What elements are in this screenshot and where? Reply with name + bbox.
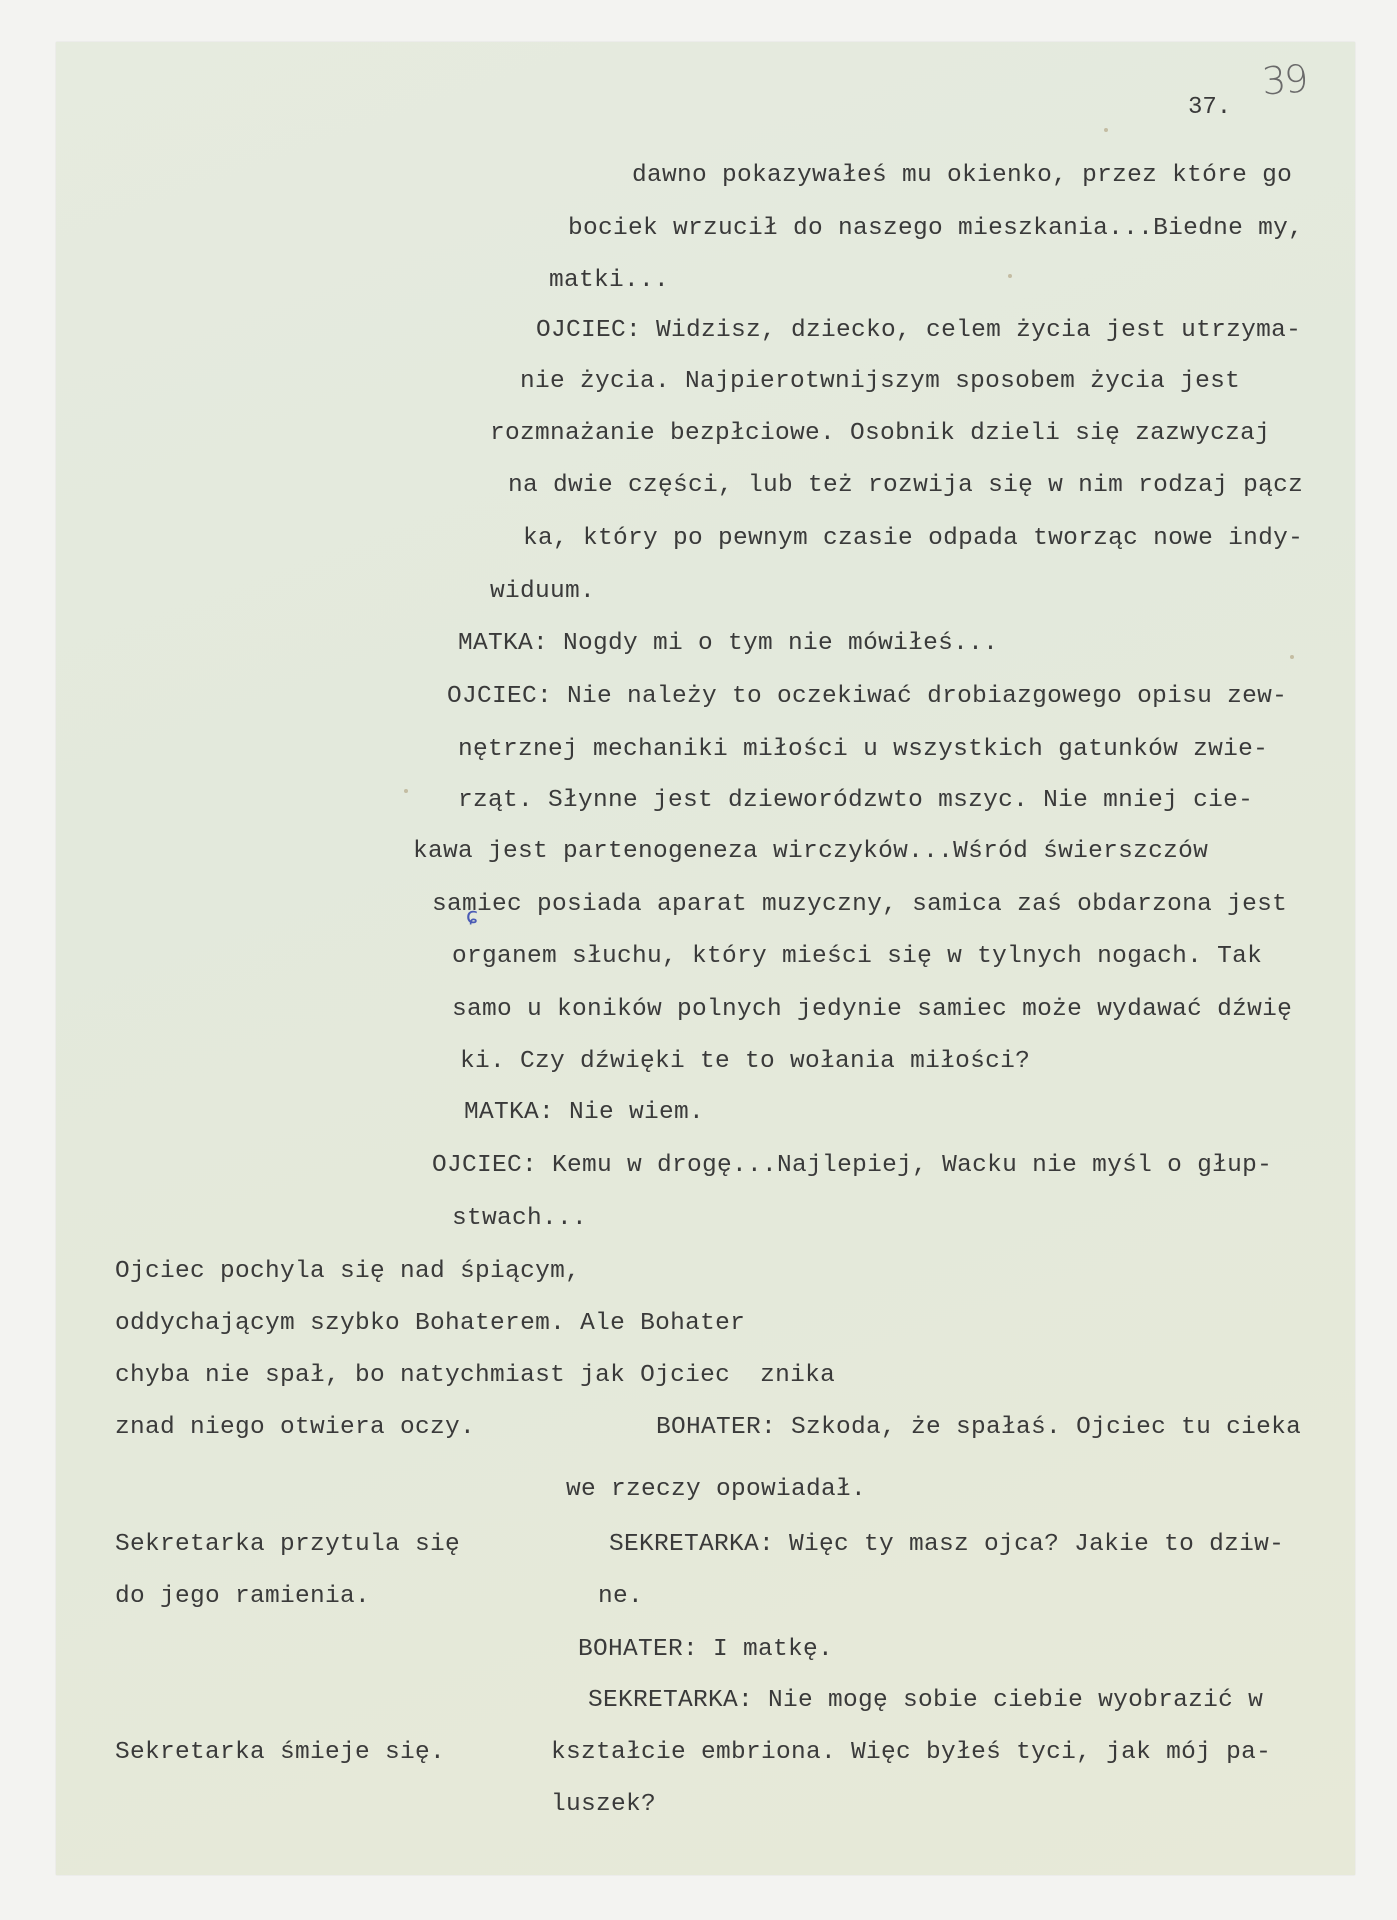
dialogue-line: dawno pokazywałeś mu okienko, przez któr… — [632, 161, 1292, 191]
dialogue-line: OJCIEC: Nie należy to oczekiwać drobiazg… — [447, 682, 1287, 712]
dialogue-line: organem słuchu, który mieści się w tylny… — [452, 942, 1262, 972]
dialogue-line: BOHATER: Szkoda, że spałaś. Ojciec tu ci… — [656, 1413, 1301, 1443]
dialogue-line: kształcie embriona. Więc byłeś tyci, jak… — [551, 1738, 1271, 1768]
dialogue-line: nętrznej mechaniki miłości u wszystkich … — [458, 735, 1268, 765]
dialogue-line: rozmnażanie bezpłciowe. Osobnik dzieli s… — [490, 419, 1270, 449]
dialogue-line: bociek wrzucił do naszego mieszkania...B… — [568, 214, 1303, 244]
stage-direction-line: znad niego otwiera oczy. — [115, 1413, 475, 1443]
stage-direction-line: chyba nie spał, bo natychmiast jak Ojcie… — [115, 1361, 835, 1391]
dialogue-line: ne. — [598, 1582, 643, 1612]
stage-direction-line: do jego ramienia. — [115, 1582, 370, 1612]
dialogue-line: OJCIEC: Widzisz, dziecko, celem życia je… — [536, 316, 1301, 346]
dialogue-line: samiec posiada aparat muzyczny, samica z… — [432, 890, 1287, 920]
paper-speck — [404, 789, 408, 793]
paper-speck — [1290, 655, 1294, 659]
dialogue-line: rząt. Słynne jest dzieworódzwto mszyc. N… — [458, 786, 1253, 816]
stage-direction-line: Sekretarka przytula się — [115, 1530, 460, 1560]
dialogue-line: MATKA: Nie wiem. — [464, 1098, 704, 1128]
dialogue-line: matki... — [549, 266, 669, 296]
dialogue-line: BOHATER: I matkę. — [578, 1635, 833, 1665]
paper-speck — [1008, 274, 1012, 278]
typed-page-number: 37. — [1188, 94, 1231, 121]
dialogue-line: nie życia. Najpierotwnijszym sposobem ży… — [520, 367, 1240, 397]
dialogue-line: OJCIEC: Kemu w drogę...Najlepiej, Wacku … — [432, 1151, 1272, 1181]
dialogue-line: we rzeczy opowiadał. — [566, 1475, 866, 1505]
dialogue-line: MATKA: Nogdy mi o tym nie mówiłeś... — [458, 629, 998, 659]
stage-direction-line: oddychającym szybko Bohaterem. Ale Bohat… — [115, 1309, 745, 1339]
stage-direction-line: Sekretarka śmieje się. — [115, 1738, 445, 1768]
dialogue-line: luszek? — [551, 1790, 656, 1820]
dialogue-line: SEKRETARKA: Nie mogę sobie ciebie wyobra… — [588, 1686, 1263, 1716]
paper-speck — [1104, 128, 1108, 132]
dialogue-line: kawa jest partenogeneza wirczyków...Wśró… — [413, 837, 1208, 867]
dialogue-line: samo u koników polnych jedynie samiec mo… — [452, 995, 1292, 1025]
handwritten-page-number: 39 — [1261, 57, 1308, 104]
dialogue-line: widuum. — [490, 577, 595, 607]
correction-mark-icon: ɕ — [466, 904, 478, 929]
dialogue-line: ka, który po pewnym czasie odpada tworzą… — [523, 524, 1303, 554]
dialogue-line: na dwie części, lub też rozwija się w ni… — [508, 471, 1303, 501]
dialogue-line: ki. Czy dźwięki te to wołania miłości? — [460, 1047, 1030, 1077]
dialogue-line: stwach... — [452, 1204, 587, 1234]
stage-direction-line: Ojciec pochyla się nad śpiącym, — [115, 1257, 580, 1287]
dialogue-line: SEKRETARKA: Więc ty masz ojca? Jakie to … — [609, 1530, 1284, 1560]
